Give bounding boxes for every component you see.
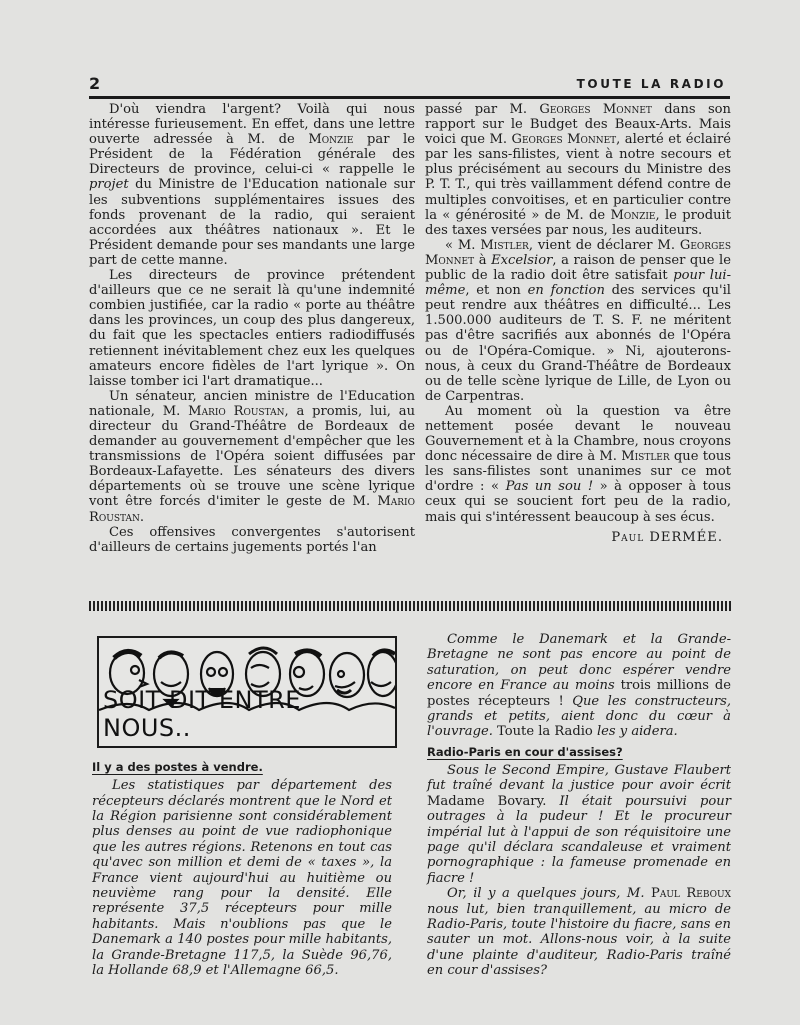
- paragraph: « M. Mistler, vient de déclarer M. Georg…: [425, 238, 731, 404]
- section-heading: Radio-Paris en cour d'assises?: [427, 745, 731, 760]
- paragraph: passé par M. Georges Monnet dans son rap…: [425, 102, 731, 238]
- decorative-separator: [89, 601, 731, 611]
- cartoon-banner: SOIT DIT ENTRE NOUS..: [97, 636, 397, 748]
- paragraph: Les directeurs de province prétendent d'…: [89, 268, 415, 389]
- page-header: 2 TOUTE LA RADIO: [89, 74, 730, 99]
- paragraph: Comme le Danemark et la Grande-Bretagne …: [427, 632, 731, 740]
- journal-title: TOUTE LA RADIO: [577, 77, 726, 91]
- paragraph: Au moment où la question va être netteme…: [425, 404, 731, 525]
- paragraph: Sous le Second Empire, Gustave Flaubert …: [427, 763, 731, 886]
- paragraph: D'où viendra l'argent? Voilà qui nous in…: [89, 102, 415, 268]
- column-title: SOIT DIT ENTRE NOUS..: [103, 686, 395, 742]
- column-left: Il y a des postes à vendre. Les statisti…: [92, 760, 392, 978]
- section-heading: Il y a des postes à vendre.: [92, 760, 392, 775]
- paragraph: Les statistiques par département des réc…: [92, 778, 392, 978]
- page-number: 2: [89, 74, 100, 93]
- paragraph: Or, il y a quelques jours, M. Paul Rebou…: [427, 886, 731, 978]
- paragraph: Un sénateur, ancien ministre de l'Educat…: [89, 389, 415, 525]
- paragraph: Ces offensives convergentes s'autorisent…: [89, 525, 415, 555]
- column-right: Comme le Danemark et la Grande-Bretagne …: [427, 632, 731, 979]
- magazine-page: 2 TOUTE LA RADIO D'où viendra l'argent? …: [0, 0, 800, 1025]
- article-column-left: D'où viendra l'argent? Voilà qui nous in…: [89, 102, 415, 555]
- author-signature: Paul DERMÉE.: [425, 530, 731, 545]
- article-column-right: passé par M. Georges Monnet dans son rap…: [425, 102, 731, 545]
